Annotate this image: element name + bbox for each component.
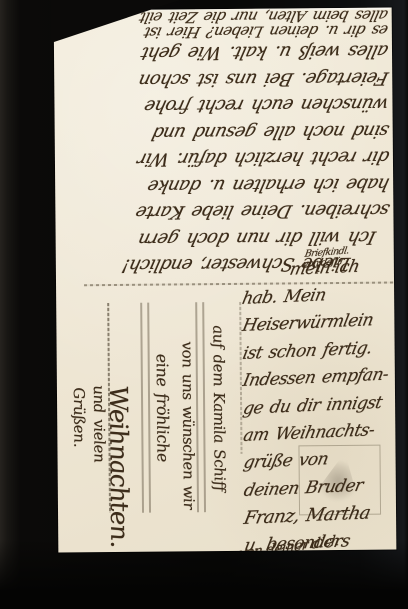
handwritten-line: schreiben. Deine liebe Karte <box>58 197 392 226</box>
handwritten-line: wünschen euch recht frohe <box>57 91 391 120</box>
message-top-block: Liebe Schwester, endlich! Ich will dir n… <box>60 8 390 283</box>
handwritten-line: Feiertage. Bei uns ist schon <box>57 64 391 93</box>
address-ruled-line-2 <box>140 303 151 513</box>
message-right-block: hab. Mein Heiserwürmlein ist schon ferti… <box>242 284 396 552</box>
handwritten-line: habe ich erhalten u. danke <box>58 170 392 199</box>
postcard: Liebe Schwester, endlich! Ich will dir n… <box>54 8 397 553</box>
rotated-message-column: eine fröhliche <box>152 352 174 529</box>
handwritten-line: dir recht herzlich dafür. Wir <box>58 144 392 173</box>
lead-words: mein ich <box>288 257 361 280</box>
handwritten-line: sind noch alle gesund und <box>58 117 392 146</box>
rotated-message-column: auf dem Kamila Schiff <box>208 324 230 553</box>
rotated-message-column: und vielen Grüßen. <box>69 384 110 521</box>
handwritten-line: alles weiß u. kalt. Wie geht <box>57 38 391 67</box>
rotated-message-column: von uns wünschen wir <box>178 340 200 550</box>
